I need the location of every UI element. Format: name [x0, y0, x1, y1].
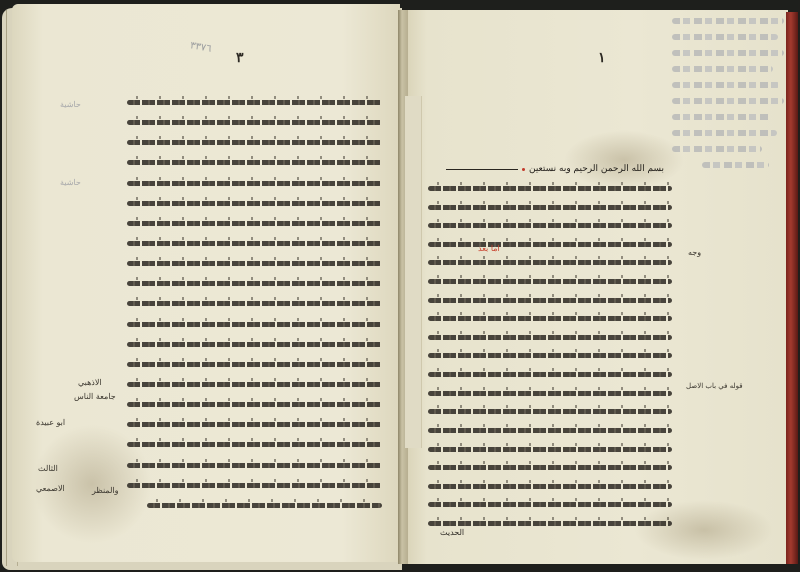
text-line [127, 342, 382, 347]
text-line [428, 316, 672, 321]
faded-margin-note: حاشية [60, 100, 81, 109]
text-line [127, 100, 382, 105]
margin-note: الثالث [38, 464, 58, 473]
text-line [428, 372, 672, 377]
text-line [428, 205, 672, 210]
rubric-dot [522, 168, 525, 171]
left-page-text-block [127, 100, 382, 508]
text-line [127, 120, 382, 125]
text-line [147, 503, 382, 508]
right-folio-number: ١ [598, 50, 606, 66]
basmala-text: بسم الله الرحمن الرحيم وبه نستعين [529, 164, 664, 174]
right-page-text-block [428, 186, 672, 526]
text-line [428, 465, 672, 470]
catchword: الحديث [440, 528, 464, 537]
text-line [428, 260, 672, 265]
text-line [428, 223, 672, 228]
text-line [127, 181, 382, 186]
margin-note: الاصمعي [36, 484, 65, 493]
text-line [428, 447, 672, 452]
margin-note: ابو عبيدة [36, 418, 65, 427]
margin-note: وجه [688, 248, 701, 257]
spine-repair-strip [404, 96, 422, 448]
text-line [428, 353, 672, 358]
text-line [127, 382, 382, 387]
text-line [127, 160, 382, 165]
text-line [428, 298, 672, 303]
left-folio-number: ٣ [236, 50, 244, 66]
text-line [127, 140, 382, 145]
red-binding-edge [786, 12, 798, 564]
text-line [127, 422, 382, 427]
text-line [428, 186, 672, 191]
margin-note: جامعة الناس [74, 392, 116, 401]
text-line [127, 301, 382, 306]
text-line [428, 428, 672, 433]
text-line [428, 409, 672, 414]
text-line [127, 201, 382, 206]
text-line [127, 442, 382, 447]
text-line [428, 242, 672, 247]
smudge-stain [564, 130, 684, 190]
rubric-red-word: اما بعد [478, 244, 500, 253]
text-line [127, 362, 382, 367]
text-line [428, 391, 672, 396]
faded-pencil-annotations [672, 18, 784, 168]
text-line [428, 335, 672, 340]
text-line [127, 463, 382, 468]
faded-margin-note: حاشية [60, 178, 81, 187]
text-line [127, 261, 382, 266]
heading-rule [446, 169, 518, 170]
text-line [428, 279, 672, 284]
text-line [428, 502, 672, 507]
text-line [127, 221, 382, 226]
text-line [127, 281, 382, 286]
margin-note: والمنظر [92, 486, 119, 495]
text-line [127, 402, 382, 407]
margin-note: قوله في باب الاصل [686, 382, 743, 390]
basmala-heading: بسم الله الرحمن الرحيم وبه نستعين [446, 162, 664, 176]
text-line [127, 241, 382, 246]
text-line [428, 521, 672, 526]
text-line [127, 322, 382, 327]
text-line [127, 483, 382, 488]
margin-note: الاذهبي [78, 378, 102, 387]
text-line [428, 484, 672, 489]
